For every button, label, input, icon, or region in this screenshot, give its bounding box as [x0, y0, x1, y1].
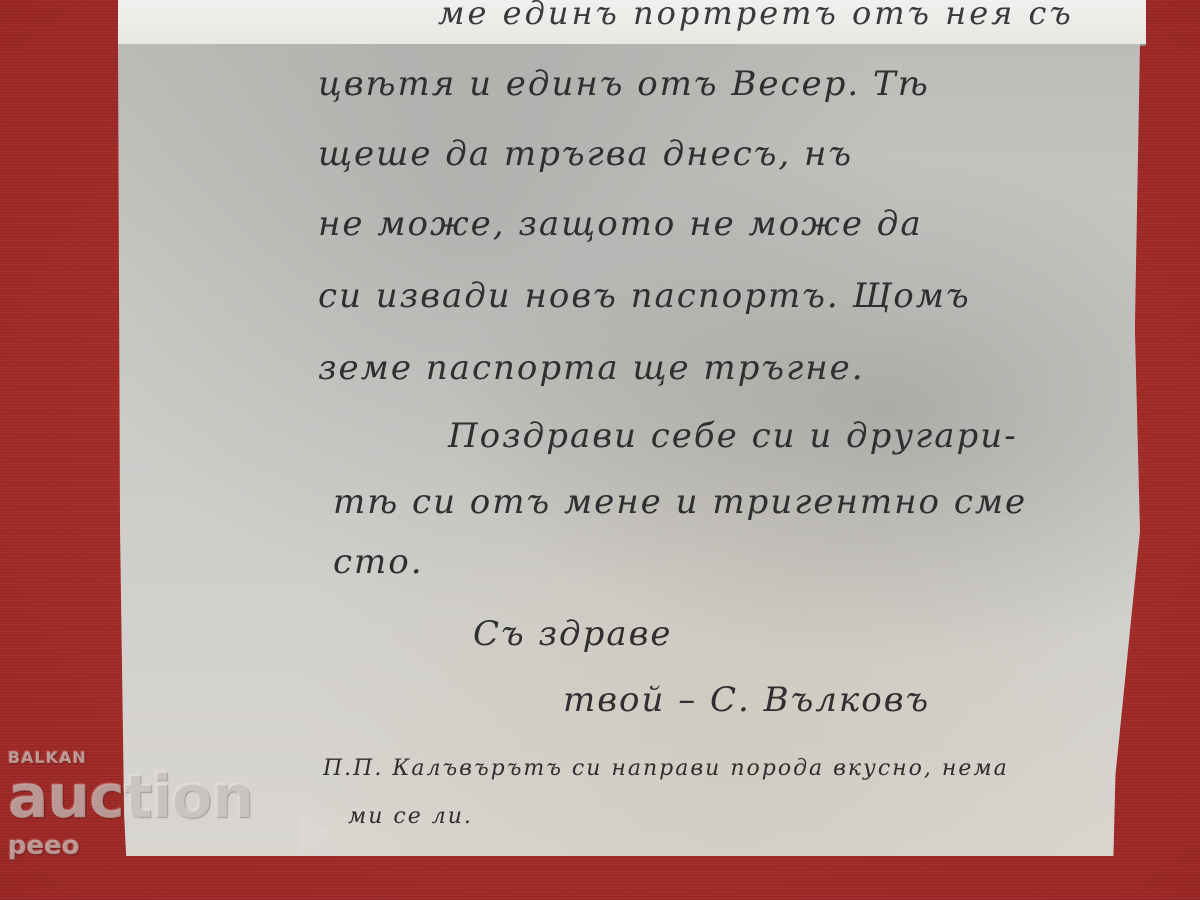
handwritten-line: ме единъ портретъ отъ нея съ — [438, 0, 1074, 32]
postscript-line: П.П. Калъвърътъ си направи порода вкусно… — [323, 756, 1009, 781]
watermark-arrow-icon — [298, 810, 332, 854]
handwritten-line: Поздрави себе си и другари- — [448, 416, 1018, 456]
letter-top-strip: ме единъ портретъ отъ нея съ — [118, 0, 1146, 46]
letter-paper: цвѣтя и единъ отъ Весер. Тѣ щеше да тръг… — [118, 44, 1140, 856]
watermark-bottom-text: peeo — [8, 831, 253, 861]
postscript-line: ми се ли. — [348, 804, 473, 829]
handwritten-line: земе паспорта ще тръгне. — [318, 348, 865, 388]
handwritten-line: не може, защото не може да — [318, 204, 923, 244]
letter-signature: твой – С. Вълковъ — [563, 680, 930, 720]
handwritten-line: щеше да тръгва днесъ, нъ — [318, 134, 853, 174]
handwritten-line: тѣ си отъ мене и тригентно сме — [333, 482, 1027, 522]
balkan-auction-watermark: BALKAN auction peeo — [8, 748, 253, 861]
handwritten-line: сто. — [333, 542, 424, 582]
handwritten-line: си извади новъ паспортъ. Щомъ — [318, 276, 971, 316]
handwritten-line: цвѣтя и единъ отъ Весер. Тѣ — [318, 64, 930, 104]
watermark-main-text: auction — [8, 767, 253, 827]
letter-closing: Съ здраве — [473, 614, 673, 654]
